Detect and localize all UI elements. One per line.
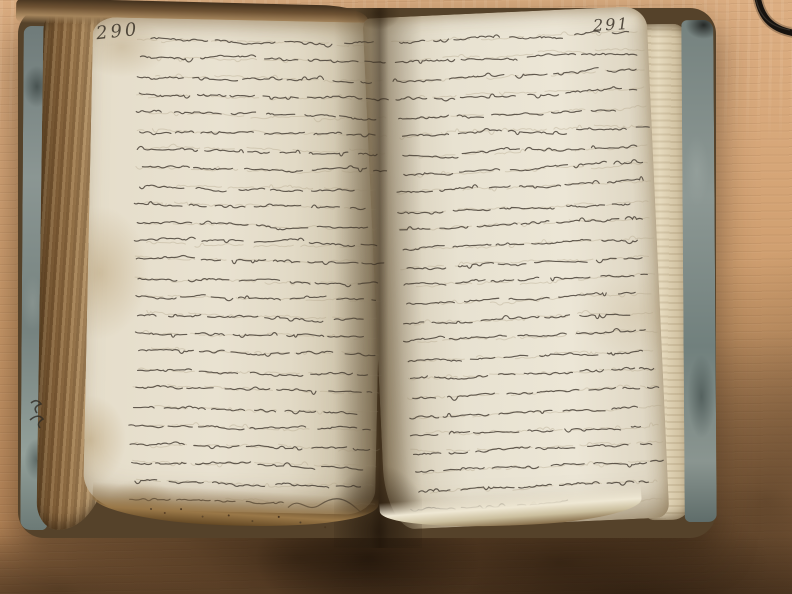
- fore-edge-scribble: [24, 396, 48, 436]
- photo-of-open-manuscript: 290 291: [0, 0, 792, 594]
- gutter-shadow: [334, 8, 422, 548]
- handwriting-right: [389, 20, 667, 517]
- page-number-right: 291: [593, 14, 630, 35]
- edge-speckles: [150, 508, 152, 510]
- black-cable: [730, 0, 792, 50]
- book-cover-right: [681, 20, 717, 522]
- page-number-left: 290: [95, 19, 140, 44]
